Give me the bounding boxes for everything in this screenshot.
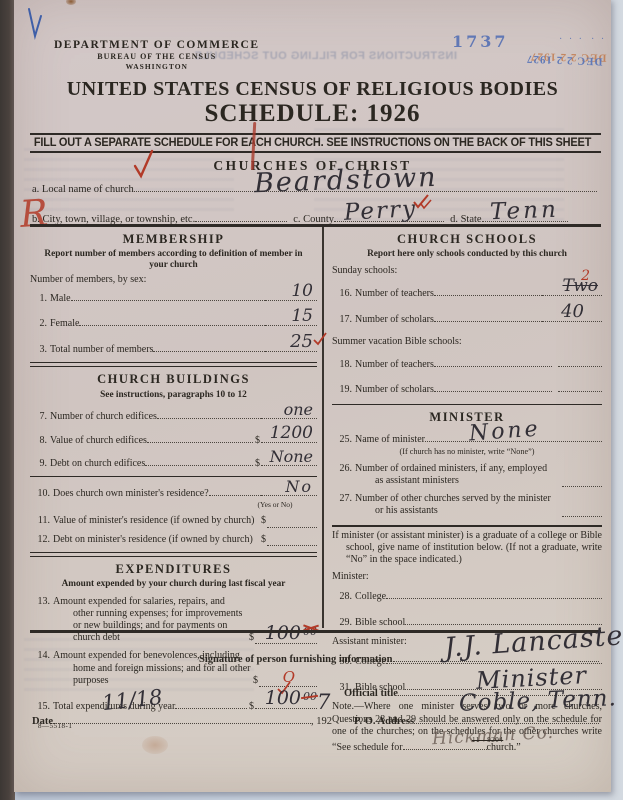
- date-line: Date , 192: [32, 712, 332, 727]
- row-label: Bible school: [355, 617, 405, 629]
- dotted-leader: [195, 210, 287, 222]
- answer-debt-edifices: None: [261, 454, 317, 466]
- year-prefix: , 192: [311, 716, 332, 727]
- membership-subheading: Report number of members according to de…: [30, 249, 317, 270]
- row-label: Number of ordained ministers, if any, em…: [355, 463, 556, 487]
- row-number: 19.: [332, 384, 355, 396]
- dotted-leader: [386, 587, 602, 599]
- dotted-leader: Beardstown: [134, 180, 597, 192]
- form-row-ss-teachers: 16. Number of teachers 2 Two: [332, 284, 602, 300]
- thin-rule: [332, 525, 602, 526]
- form-number-right: 11—9204: [472, 736, 503, 744]
- form-row-value-residence: 11. Value of minister's residence (if ow…: [30, 515, 317, 527]
- expenditures-subheading: Amount expended by your church during la…: [30, 579, 317, 590]
- dollar-sign: $: [253, 458, 261, 470]
- serial-number-stamp: 1737: [452, 32, 509, 51]
- state-value: Tenn: [489, 199, 559, 224]
- form-row-edifices: 7. Number of church edifices one: [30, 407, 317, 423]
- row-number: 25.: [332, 434, 355, 446]
- answer-total-expenditures: 100 00: [255, 697, 317, 709]
- church-schools-subheading: Report here only schools conducted by th…: [332, 249, 602, 260]
- stamp-dots: · · · · ·: [559, 34, 606, 45]
- red-check-icon: [412, 194, 432, 210]
- row-label: Number of teachers: [355, 359, 434, 371]
- po-address-value: Coble, Tenn.: [459, 687, 618, 715]
- row-label: Male: [50, 293, 71, 305]
- minister-name-hint: (If church has no minister, write “None”…: [332, 447, 602, 457]
- local-name-label: a. Local name of church: [32, 184, 134, 195]
- form-row-own-residence: 10. Does church own minister's residence…: [30, 484, 317, 500]
- dollar-sign: $: [247, 632, 255, 644]
- form-title: UNITED STATES CENSUS OF RELIGIOUS BODIES: [14, 78, 611, 101]
- row-label: Number of scholars: [355, 384, 434, 396]
- scan-edge-shadow: [0, 0, 15, 800]
- row-number: 3.: [30, 344, 50, 356]
- signature-label: Signature of person furnishing informati…: [199, 654, 393, 665]
- form-row-male: 1. Male 10: [30, 289, 317, 305]
- form-row-total-expenditures: 15. Total expenditures during year $ 100…: [30, 697, 317, 713]
- row-label: Number of other churches served by the m…: [355, 493, 556, 517]
- row-label: Value of church edifices: [50, 435, 147, 447]
- dollar-sign: $: [251, 675, 259, 687]
- dotted-leader: [53, 712, 311, 724]
- form-number-left: 8—5518-1: [38, 722, 72, 730]
- dollar-sign: $: [259, 515, 267, 527]
- dotted-leader: Tenn: [482, 210, 568, 222]
- row-number: 1.: [30, 293, 50, 305]
- dotted-leader: [434, 355, 552, 367]
- dotted-leader: [175, 697, 247, 709]
- row-label: Female: [50, 318, 79, 330]
- answer-minister-name: None: [468, 418, 541, 445]
- row-number: 11.: [30, 515, 53, 527]
- answer-ss-teachers: 2 Two: [542, 284, 602, 296]
- dotted-leader: [434, 310, 542, 322]
- row-label: Does church own minister's residence?: [53, 488, 209, 500]
- form-row-debt-edifices: 9. Debt on church edifices $ None: [30, 454, 317, 470]
- field-city-county-state: b. City, town, village, or township, etc…: [32, 210, 597, 225]
- official-title-label: Official title: [344, 688, 398, 699]
- answer-blank: [558, 380, 602, 392]
- row-label: Debt on church edifices: [50, 458, 145, 470]
- left-column: MEMBERSHIP Report number of members acco…: [30, 227, 322, 628]
- answer-edifices: one: [261, 407, 317, 419]
- thin-rule: [332, 404, 602, 405]
- dotted-leader: [145, 454, 253, 466]
- red-check-icon: [132, 148, 156, 180]
- row-label: Debt on minister's residence (if owned b…: [53, 534, 259, 546]
- rule: [30, 133, 601, 135]
- expenditures-heading: EXPENDITURES: [30, 562, 317, 577]
- scanned-census-form: INSTRUCTIONS FOR FILLING OUT SCHEDULE DE…: [0, 0, 623, 800]
- membership-heading: MEMBERSHIP: [30, 232, 317, 247]
- dotted-leader: [71, 289, 265, 301]
- row-number: 18.: [332, 359, 355, 371]
- form-row-other-churches: 27. Number of other churches served by t…: [332, 493, 602, 517]
- form-row-svbs-scholars: 19. Number of scholars: [332, 380, 602, 396]
- form-row-female: 2. Female 15: [30, 314, 317, 330]
- department-line: DEPARTMENT OF COMMERCE: [54, 38, 260, 52]
- dotted-leader: Perry: [334, 210, 444, 222]
- row-number: 2.: [30, 318, 50, 330]
- answer-female: 15: [265, 314, 317, 326]
- dotted-leader: [434, 284, 542, 296]
- county-value: Perry: [344, 198, 418, 225]
- yes-or-no-hint: (Yes or No): [245, 500, 305, 509]
- dotted-leader: None: [425, 430, 602, 442]
- row-label: Amount expended for salaries, repairs, a…: [53, 596, 247, 645]
- paper-stain: [142, 736, 168, 754]
- answer-value-edifices: 1200: [261, 431, 317, 443]
- field-local-name: a. Local name of church Beardstown: [32, 180, 597, 195]
- church-schools-heading: CHURCH SCHOOLS: [332, 232, 602, 247]
- answer-blank: [558, 355, 602, 367]
- form-row-ss-scholars: 17. Number of scholars 40: [332, 310, 602, 326]
- dotted-leader: [147, 431, 253, 443]
- form-row-minister-name: 25. Name of minister None: [332, 430, 602, 446]
- local-name-value: Beardstown: [253, 164, 437, 197]
- dotted-leader: [434, 380, 552, 392]
- answer-value-residence: [267, 516, 317, 528]
- buildings-heading: CHURCH BUILDINGS: [30, 372, 317, 387]
- row-number: 10.: [30, 488, 53, 500]
- row-number: 17.: [332, 314, 355, 326]
- row-label: College: [355, 591, 386, 603]
- form-paper: INSTRUCTIONS FOR FILLING OUT SCHEDULE DE…: [14, 0, 611, 792]
- answer-debt-residence: [267, 534, 317, 546]
- row-number: 9.: [30, 458, 50, 470]
- membership-intro: Number of members, by sex:: [30, 274, 317, 286]
- blue-check-icon: [26, 6, 44, 40]
- agency-block: DEPARTMENT OF COMMERCE BUREAU OF THE CEN…: [54, 38, 260, 72]
- minister-education-label: Minister:: [332, 571, 602, 583]
- right-column: CHURCH SCHOOLS Report here only schools …: [324, 227, 602, 628]
- row-number: 12.: [30, 534, 53, 546]
- row-label: Number of teachers: [355, 288, 434, 300]
- row-label: Number of church edifices: [50, 411, 157, 423]
- form-row-college: 28. College: [332, 587, 602, 603]
- double-rule: [30, 362, 317, 367]
- dollar-sign: $: [259, 534, 267, 546]
- year-digit-value: 7: [317, 692, 330, 713]
- row-number: 7.: [30, 411, 50, 423]
- summer-schools-label: Summer vacation Bible schools:: [332, 336, 602, 348]
- form-schedule-year: SCHEDULE: 1926: [14, 100, 611, 128]
- answer-running-expenses: 100 00: [255, 632, 317, 644]
- row-number: 13.: [30, 596, 53, 608]
- row-number: 14.: [30, 650, 53, 662]
- red-check-icon: [313, 332, 327, 346]
- row-number: 8.: [30, 435, 50, 447]
- dotted-leader: [153, 340, 265, 352]
- bureau-line: BUREAU OF THE CENSUS: [54, 52, 260, 62]
- form-row-running-expenses: 13. Amount expended for salaries, repair…: [30, 596, 317, 645]
- dotted-leader: [157, 407, 261, 419]
- dotted-leader: [79, 314, 265, 326]
- answer-ss-scholars: 40: [542, 310, 602, 322]
- thin-rule: [30, 476, 317, 477]
- washington-line: WASHINGTON: [54, 62, 260, 71]
- rule: [30, 151, 601, 153]
- graduate-instruction: If minister (or assistant minister) is a…: [332, 530, 602, 567]
- answer-total-members: 25: [265, 340, 317, 352]
- instruction-banner: FILL OUT A SEPARATE SCHEDULE FOR EACH CH…: [14, 137, 611, 150]
- form-row-total-members: 3. Total number of members 25: [30, 340, 317, 356]
- row-number: 26.: [332, 463, 355, 475]
- row-label: Number of scholars: [355, 314, 434, 326]
- answer-male: 10: [265, 289, 317, 301]
- dotted-leader: [209, 484, 261, 496]
- form-row-value-edifices: 8. Value of church edifices $ 1200: [30, 431, 317, 447]
- row-number: 16.: [332, 288, 355, 300]
- row-number: 28.: [332, 591, 355, 603]
- answer-blank: [562, 505, 602, 517]
- form-columns: MEMBERSHIP Report number of members acco…: [30, 227, 602, 628]
- answer-own-residence: No: [261, 484, 317, 496]
- row-label: Name of minister: [355, 434, 425, 446]
- received-date-stamp: DEC 2 2 1927: [526, 53, 603, 68]
- form-row-ordained-assistants: 26. Number of ordained ministers, if any…: [332, 463, 602, 487]
- double-rule: [30, 552, 317, 557]
- row-number: 29.: [332, 617, 355, 629]
- po-address-label: P. O. Address: [354, 716, 414, 727]
- minister-heading: MINISTER: [332, 410, 602, 425]
- form-row-svbs-teachers: 18. Number of teachers: [332, 355, 602, 371]
- answer-blank: [562, 475, 602, 487]
- buildings-subheading: See instructions, paragraphs 10 to 12: [30, 390, 317, 401]
- row-number: 27.: [332, 493, 355, 505]
- row-label: Total number of members: [50, 344, 153, 356]
- paper-stain: [66, 0, 76, 5]
- row-label: Value of minister's residence (if owned …: [53, 515, 259, 527]
- form-row-debt-residence: 12. Debt on minister's residence (if own…: [30, 534, 317, 546]
- dollar-sign: $: [253, 435, 261, 447]
